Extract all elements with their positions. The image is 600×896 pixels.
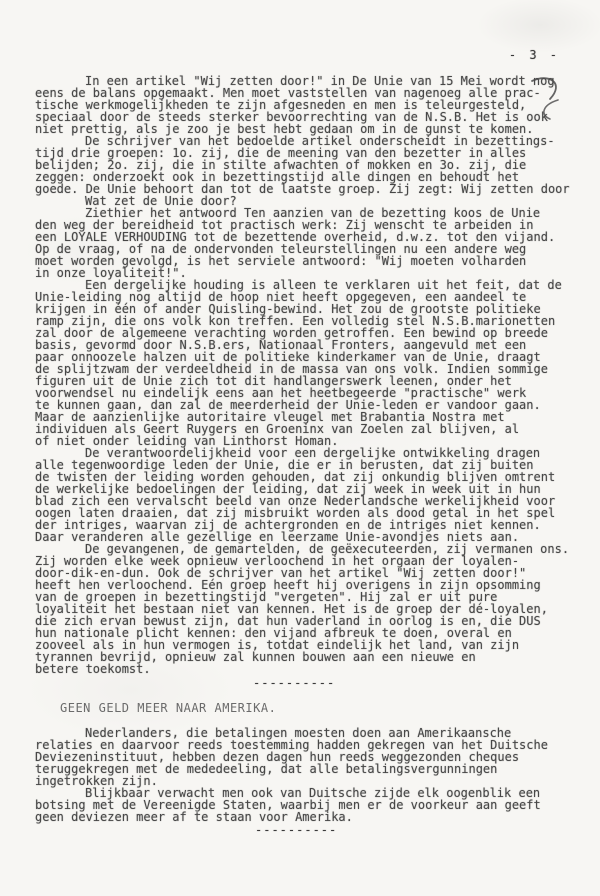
paragraph-houding: Een dergelijke houding is alleen te verk… xyxy=(35,279,597,447)
handwritten-correction-hook-icon xyxy=(527,74,575,122)
paragraph-betalingen: Nederlanders, die betalingen moesten doe… xyxy=(35,727,597,787)
paragraph-balans: In een artikel "Wij zetten door!" in De … xyxy=(35,75,597,135)
section-heading-geen-geld: GEEN GELD MEER NAAR AMERIKA. xyxy=(60,702,276,714)
paragraph-verantwoordelijkheid: De verantwoordelijkheid voor een dergeli… xyxy=(35,447,597,543)
section-separator: ---------- xyxy=(255,824,337,836)
scanned-document-page: - 3 - In een artikel "Wij zetten door!" … xyxy=(0,0,600,896)
paragraph-gevangenen: De gevangenen, de gemartelden, de geëxec… xyxy=(35,543,597,675)
section-separator: ---------- xyxy=(253,677,335,689)
article-unie: In een artikel "Wij zetten door!" in De … xyxy=(35,75,597,675)
paragraph-drie-groepen: De schrijver van het bedoelde artikel on… xyxy=(35,135,597,195)
page-number: - 3 - xyxy=(509,48,560,62)
paragraph-antwoord: Ziethier het antwoord Ten aanzien van de… xyxy=(35,207,597,279)
article-amerika: Nederlanders, die betalingen moesten doe… xyxy=(35,727,597,823)
paragraph-blijkbaar: Blijkbaar verwacht men ook van Duitsche … xyxy=(35,787,597,823)
